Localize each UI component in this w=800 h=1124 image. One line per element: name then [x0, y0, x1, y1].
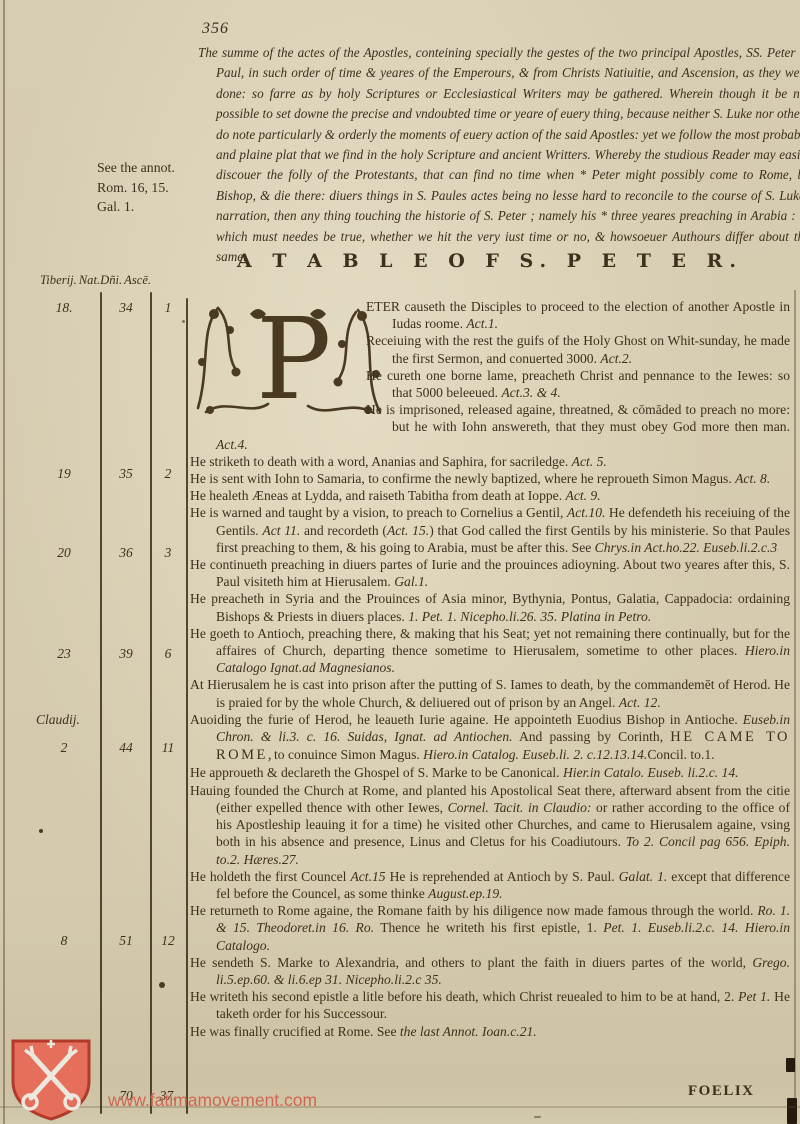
- citation-text: Gal.1.: [394, 574, 428, 589]
- chronology-header-nat-dni: Nat.Dñi.: [79, 273, 122, 287]
- chronology-cell-asce: 2: [140, 466, 196, 482]
- drop-cap-woodcut: P: [190, 300, 386, 420]
- entry-text: and recordeth (: [300, 523, 387, 538]
- margin-annotation-line: Gal. 1.: [97, 197, 175, 217]
- table-entry: Hauing founded the Church at Rome, and p…: [190, 782, 790, 868]
- table-entry: He holdeth the first Councel Act.15 He i…: [190, 868, 790, 902]
- citation-text: Act. 15.: [387, 523, 429, 538]
- table-entry: He sendeth S. Marke to Alexandria, and o…: [190, 954, 790, 988]
- table-entry: He writeth his second epistle a litle be…: [190, 988, 790, 1022]
- drop-cap-letter: P: [256, 300, 331, 420]
- citation-text: Hier.in Catalo. Euseb. li.2.c. 14.: [563, 765, 739, 780]
- chronology-cell-tiberij: 19: [36, 466, 92, 482]
- chronology-cell-asce: 12: [140, 933, 196, 949]
- citation-text: Act 11.: [262, 523, 300, 538]
- entry-text: He continueth preaching in diuers partes…: [190, 557, 790, 589]
- drop-cap-ornament: P: [190, 300, 386, 420]
- chronology-cell-asce: 6: [140, 646, 196, 662]
- citation-text: Act. 12.: [619, 695, 661, 710]
- citation-text: August.ep.19.: [428, 886, 502, 901]
- table-entry: Auoiding the furie of Herod, he leaueth …: [190, 711, 790, 765]
- chronology-rule-2: [150, 292, 152, 1114]
- citation-text: Act. 9.: [566, 488, 601, 503]
- table-entry: He preacheth in Syria and the Prouinces …: [190, 590, 790, 624]
- citation-text: Pet 1.: [738, 989, 770, 1004]
- table-entry: At Hierusalem he is cast into prison aft…: [190, 676, 790, 710]
- entry-text: Receiuing with the rest the guifs of the…: [366, 333, 790, 365]
- table-entry: He returneth to Rome againe, the Romane …: [190, 902, 790, 954]
- table-entry: He continueth preaching in diuers partes…: [190, 556, 790, 590]
- entry-text: He goeth to Antioch, preaching there, & …: [190, 626, 790, 658]
- citation-text: Act.15: [350, 869, 385, 884]
- citation-text: Act.4.: [216, 437, 248, 452]
- ink-speck: [534, 1116, 541, 1118]
- chronology-header: Tiberij.Nat.Dñi.Ascē.: [40, 273, 192, 288]
- chronology-rule-1: [100, 292, 102, 1114]
- chronology-cell-asce: 1: [140, 300, 196, 316]
- ink-speck: [159, 982, 165, 988]
- page-number: 356: [202, 20, 229, 38]
- intro-summary-paragraph: The summe of the actes of the Apostles, …: [198, 43, 800, 267]
- entry-text: He holdeth the first Councel: [190, 869, 350, 884]
- citation-text: 1. Pet. 1. Nicepho.li.26. 35. Platina in…: [408, 609, 651, 624]
- ink-speck: [39, 829, 43, 833]
- entry-text: And passing by Corinth,: [513, 729, 671, 744]
- chronology-era-label: Claudij.: [36, 712, 80, 728]
- binding-mark: [787, 1098, 797, 1124]
- entry-text: He sendeth S. Marke to Alexandria, and o…: [190, 955, 752, 970]
- table-entry: He goeth to Antioch, preaching there, & …: [190, 625, 790, 677]
- citation-text: Hiero.in Catalog. Euseb.li. 2. c.12.13.1…: [423, 747, 647, 762]
- entry-text: He healeth Æneas at Lydda, and raiseth T…: [190, 488, 566, 503]
- table-entry: He is warned and taught by a vision, to …: [190, 504, 790, 556]
- entry-text: He returneth to Rome againe, the Romane …: [190, 903, 757, 918]
- watermark-url-link[interactable]: www.fatimamovement.com: [108, 1090, 317, 1111]
- entry-text: Concil. to.1.: [647, 747, 714, 762]
- binding-mark: [786, 1058, 795, 1072]
- watermark-shield: [6, 1036, 96, 1122]
- entry-text: to conuince Simon Magus.: [274, 747, 423, 762]
- chronology-header-tiberij: Tiberij.: [40, 273, 77, 287]
- citation-text: Act.10.: [567, 505, 606, 520]
- book-page-scan: 356 The summe of the actes of the Apostl…: [0, 0, 800, 1124]
- citation-text: Chrys.in Act.ho.22. Euseb.li.2.c.3: [595, 540, 778, 555]
- entry-text: He writeth his second epistle a litle be…: [190, 989, 738, 1004]
- entry-text: Thence he writeth his first epistle, 1.: [374, 920, 603, 935]
- chronology-cell-asce: 11: [140, 740, 196, 756]
- margin-annotation: See the annot. Rom. 16, 15. Gal. 1.: [97, 158, 175, 217]
- entry-text: At Hierusalem he is cast into prison aft…: [190, 677, 790, 709]
- citation-text: Act.3. & 4.: [501, 385, 560, 400]
- page-right-edge: [794, 290, 796, 1124]
- chronology-cell-tiberij: 20: [36, 545, 92, 561]
- margin-annotation-line: See the annot.: [97, 158, 175, 178]
- catchword: FOELIX: [688, 1083, 755, 1100]
- citation-text: Act.1.: [466, 316, 498, 331]
- entry-text: He is imprisoned, released againe, threa…: [366, 402, 790, 434]
- entry-text: He is reprehended at Antioch by S. Paul.: [386, 869, 619, 884]
- entry-text: He was finally crucified at Rome. See: [190, 1024, 400, 1039]
- entry-text: Auoiding the furie of Herod, he leaueth …: [190, 712, 743, 727]
- citation-text: Galat. 1.: [619, 869, 668, 884]
- citation-text: Act.2.: [600, 351, 632, 366]
- entry-text: He is warned and taught by a vision, to …: [190, 505, 567, 520]
- ink-speck: [182, 320, 185, 323]
- chronology-cell-tiberij: 2: [36, 740, 92, 756]
- entry-text: He approueth & declareth the Ghospel of …: [190, 765, 563, 780]
- citation-text: Act. 8.: [735, 471, 770, 486]
- chronology-cell-tiberij: 23: [36, 646, 92, 662]
- page-left-edge: [3, 0, 5, 1124]
- table-entry: He was finally crucified at Rome. See th…: [190, 1023, 790, 1040]
- table-entry: He is sent with Iohn to Samaria, to conf…: [190, 470, 790, 487]
- entry-text: He is sent with Iohn to Samaria, to conf…: [190, 471, 735, 486]
- page-title: A T A B L E O F S. P E T E R.: [190, 250, 790, 272]
- chronology-cell-tiberij: 8: [36, 933, 92, 949]
- chronology-cell-asce: 3: [140, 545, 196, 561]
- entry-text: He striketh to death with a word, Anania…: [190, 454, 572, 469]
- table-entry: He striketh to death with a word, Anania…: [190, 453, 790, 470]
- table-of-s-peter-body: P ETER causeth the Disciples to proceed …: [190, 298, 790, 1040]
- margin-annotation-line: Rom. 16, 15.: [97, 178, 175, 198]
- crossed-keys-shield-icon: [6, 1036, 96, 1122]
- citation-text: Cornel. Tacit. in Claudio:: [448, 800, 592, 815]
- chronology-cell-tiberij: 18.: [36, 300, 92, 316]
- entry-text: He cureth one borne lame, preacheth Chri…: [366, 368, 790, 400]
- table-entry: He approueth & declareth the Ghospel of …: [190, 764, 790, 781]
- citation-text: Act. 5.: [572, 454, 607, 469]
- citation-text: the last Annot. Ioan.c.21.: [400, 1024, 537, 1039]
- entry-text: ETER causeth the Disciples to proceed to…: [366, 299, 790, 331]
- body-divider-rule: [186, 298, 188, 1114]
- table-entry: He healeth Æneas at Lydda, and raiseth T…: [190, 487, 790, 504]
- chronology-header-asce: Ascē.: [124, 273, 151, 287]
